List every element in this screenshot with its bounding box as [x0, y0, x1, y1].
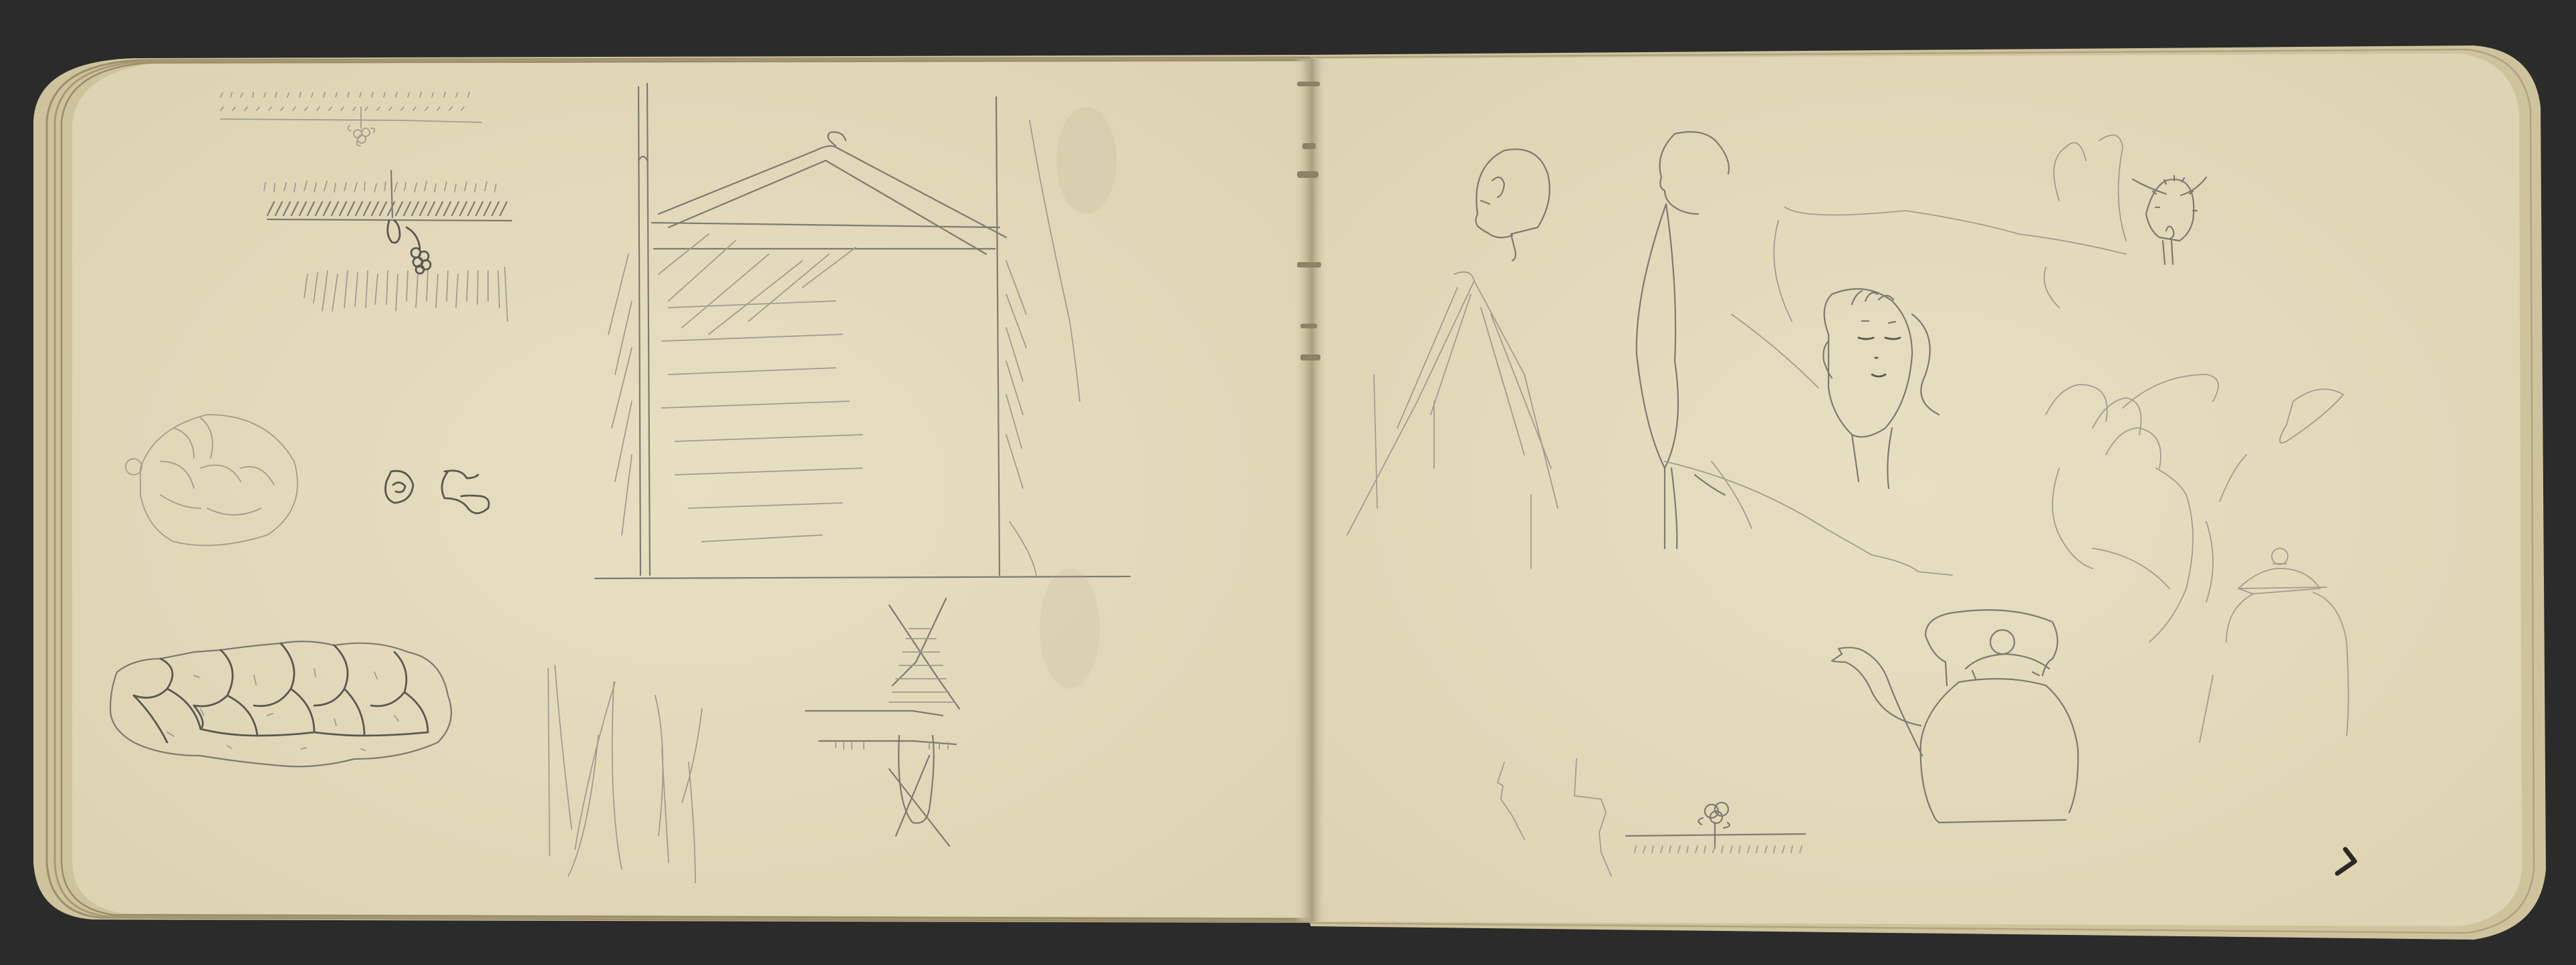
- right-page: [1310, 53, 2522, 926]
- sketchbook-scan: [0, 0, 2576, 965]
- spine-gutter: [1294, 59, 1327, 922]
- sketchbook-illustration: [0, 0, 2576, 965]
